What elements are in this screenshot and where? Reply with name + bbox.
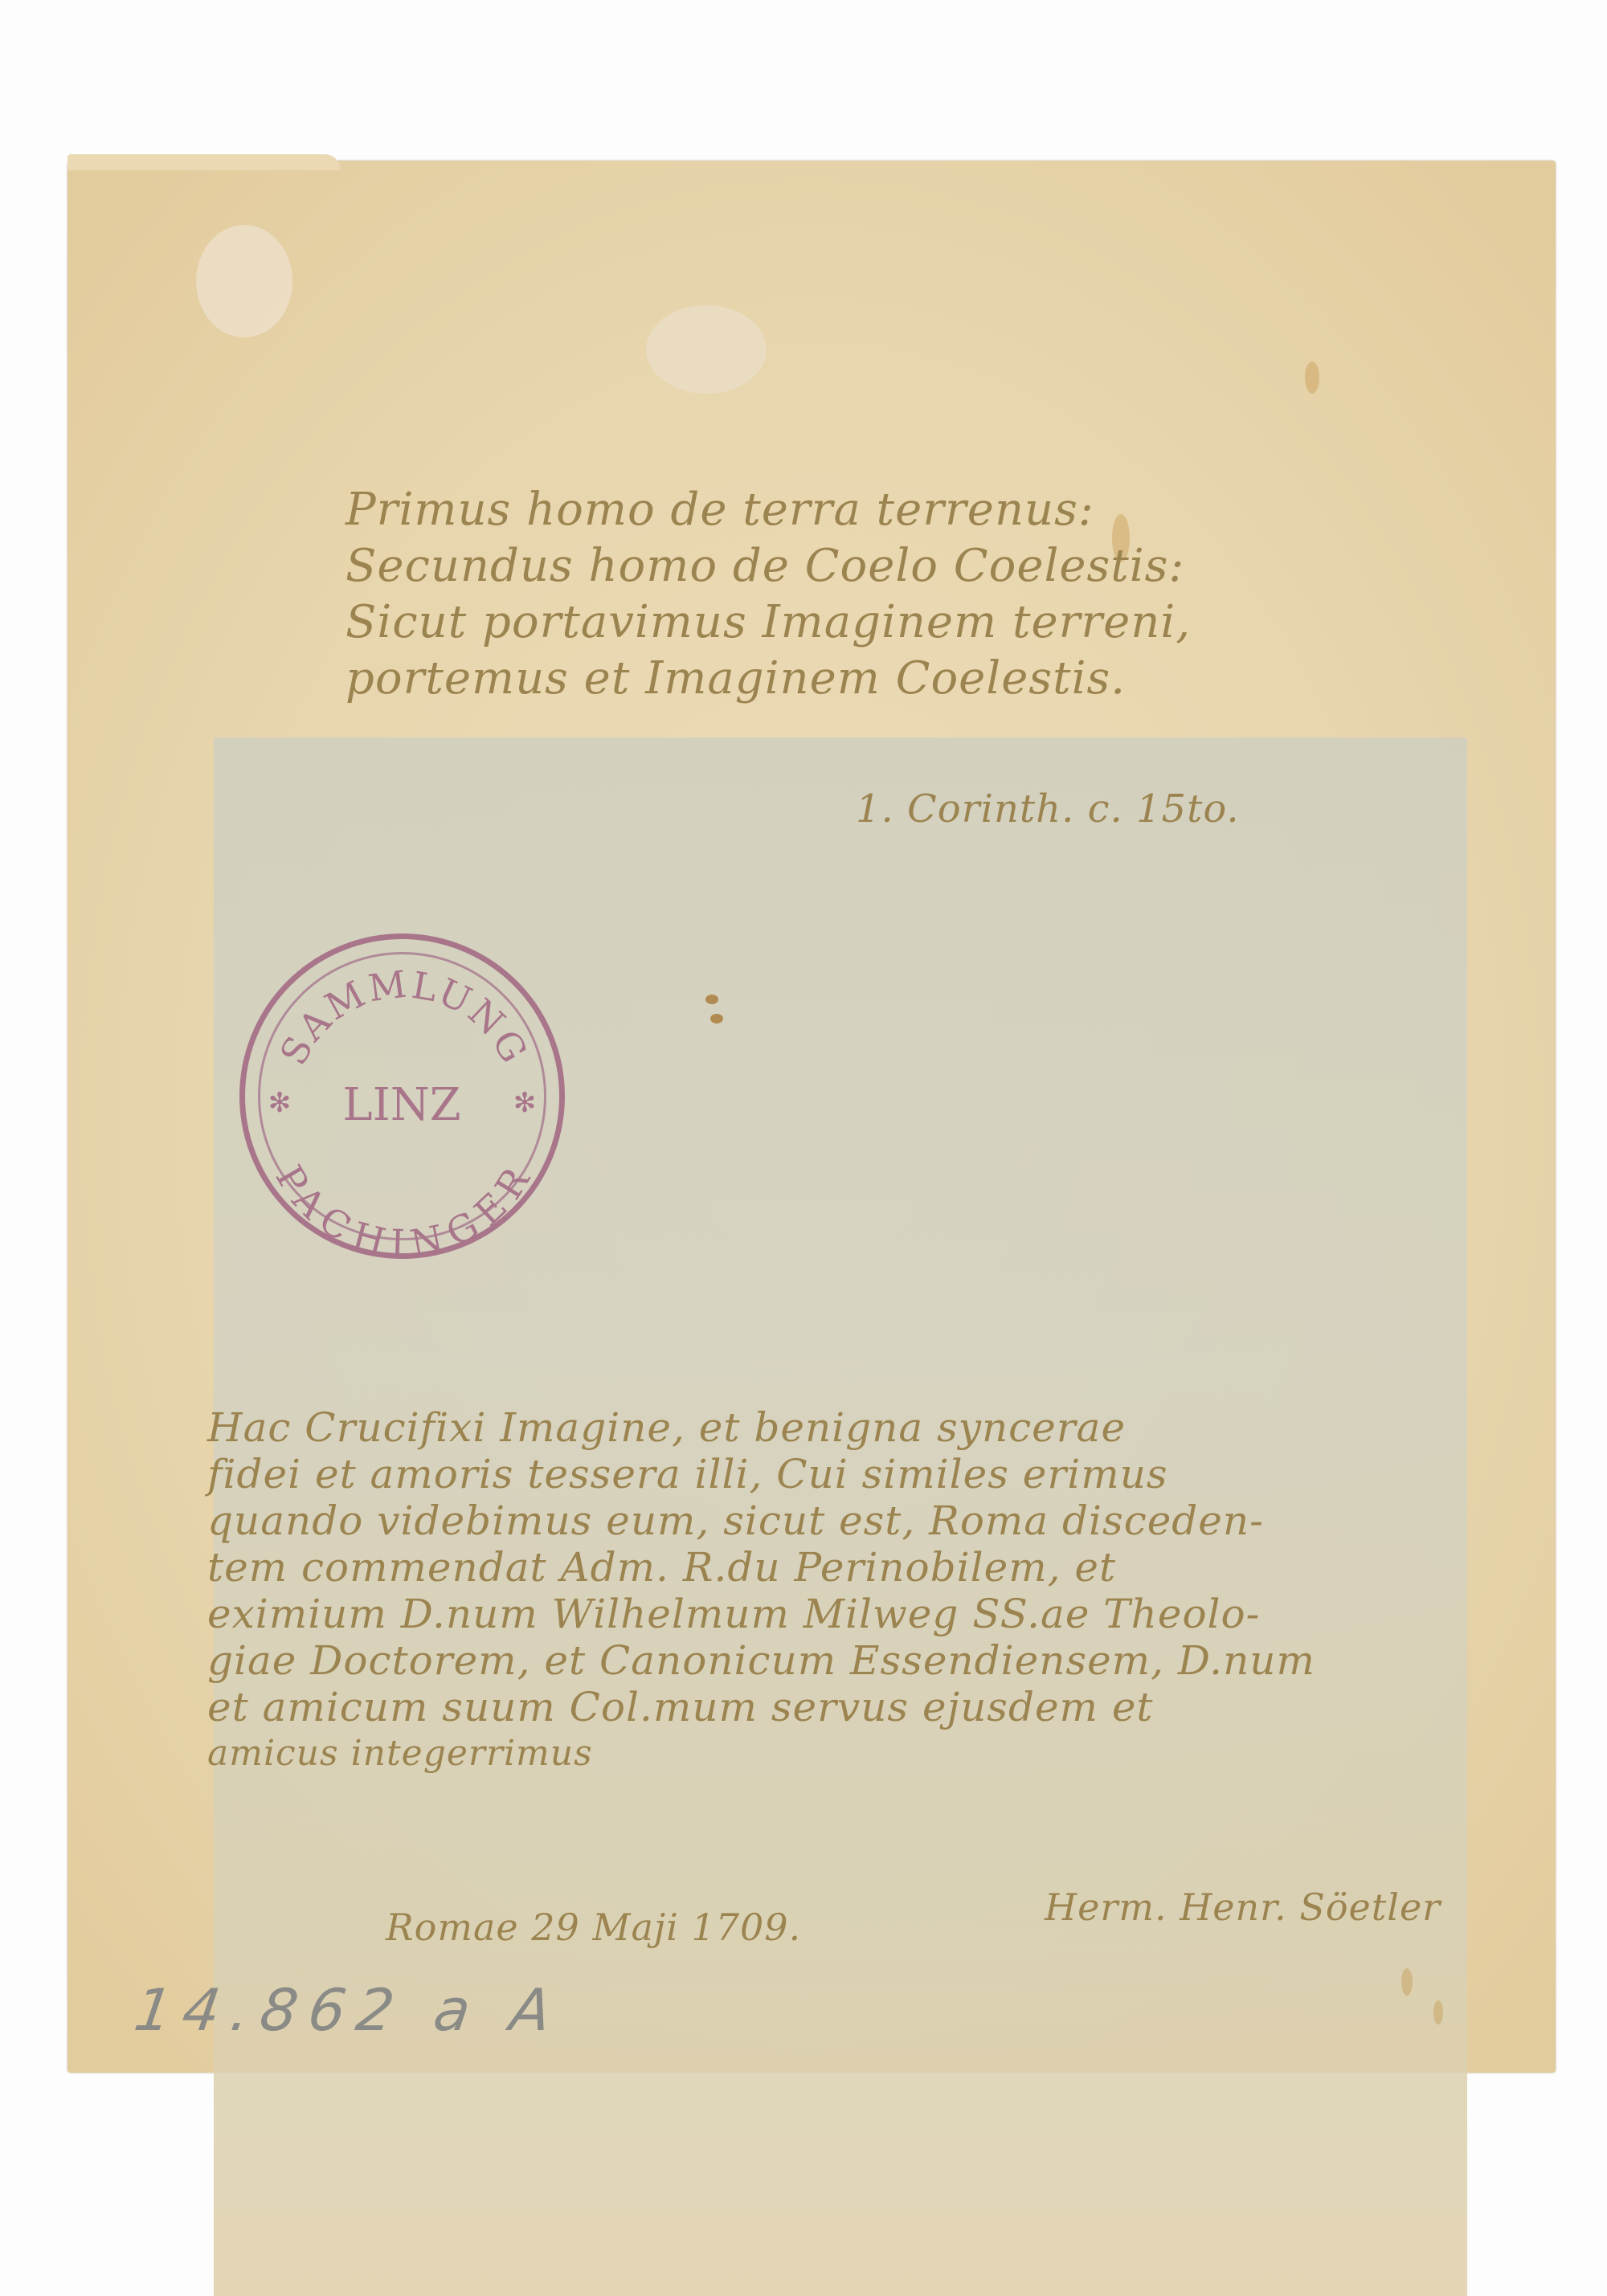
place-date: Romae 29 Maji 1709. <box>386 1904 801 1951</box>
svg-text:PACHINGER: PACHINGER <box>268 1158 539 1259</box>
inventory-number: 14.862 a A <box>130 1976 566 2044</box>
dedication-line: et amicum suum Col.mum servus ejusdem et <box>207 1684 1315 1730</box>
stamp-bottom-text: PACHINGER <box>268 1158 539 1259</box>
verse-line: Sicut portavimus Imaginem terreni, <box>346 594 1191 651</box>
stain-spot <box>196 225 292 337</box>
ink-dot <box>705 995 718 1004</box>
verse-citation: 1. Corinth. c. 15to. <box>856 781 1240 837</box>
stain-spot <box>1433 2000 1443 2024</box>
stain-spot <box>646 305 767 394</box>
dedication-line: tem commendat Adm. R.du Perinobilem, et <box>207 1544 1315 1591</box>
signature: Herm. Henr. Söetler <box>1045 1884 1441 1930</box>
dedication-line: quando videbimus eum, sicut est, Roma di… <box>207 1497 1315 1544</box>
dedication-line: eximium D.num Wilhelmum Milweg SS.ae The… <box>207 1591 1315 1637</box>
stain-spot <box>1401 1968 1413 1996</box>
dedication-line: amicus integerrimus <box>207 1730 1315 1777</box>
ink-dot <box>710 1014 723 1023</box>
stamp-center-text: LINZ <box>342 1079 460 1131</box>
stamp-top-text: SAMMLUNG <box>272 962 538 1072</box>
collection-stamp: SAMMLUNG PACHINGER LINZ ✻ ✻ <box>239 934 565 1259</box>
verse-block: Primus homo de terra terrenus: Secundus … <box>346 482 1191 707</box>
svg-text:SAMMLUNG: SAMMLUNG <box>272 962 538 1072</box>
dedication-line: fidei et amoris tessera illi, Cui simile… <box>207 1451 1315 1497</box>
verse-line: Secundus homo de Coelo Coelestis: <box>346 538 1191 594</box>
verse-line: Primus homo de terra terrenus: <box>346 482 1191 538</box>
stain-spot <box>1305 362 1319 394</box>
stamp-text-ring: SAMMLUNG PACHINGER LINZ ✻ ✻ <box>239 934 565 1259</box>
dedication-line: Hac Crucifixi Imagine, et benigna syncer… <box>207 1404 1315 1451</box>
stamp-asterisk-icon: ✻ <box>268 1087 292 1119</box>
dedication-block: Hac Crucifixi Imagine, et benigna syncer… <box>207 1404 1315 1777</box>
stamp-asterisk-icon: ✻ <box>513 1087 537 1119</box>
dedication-line: giae Doctorem, et Canonicum Essendiensem… <box>207 1637 1315 1684</box>
verse-line: portemus et Imaginem Coelestis. <box>346 651 1191 707</box>
